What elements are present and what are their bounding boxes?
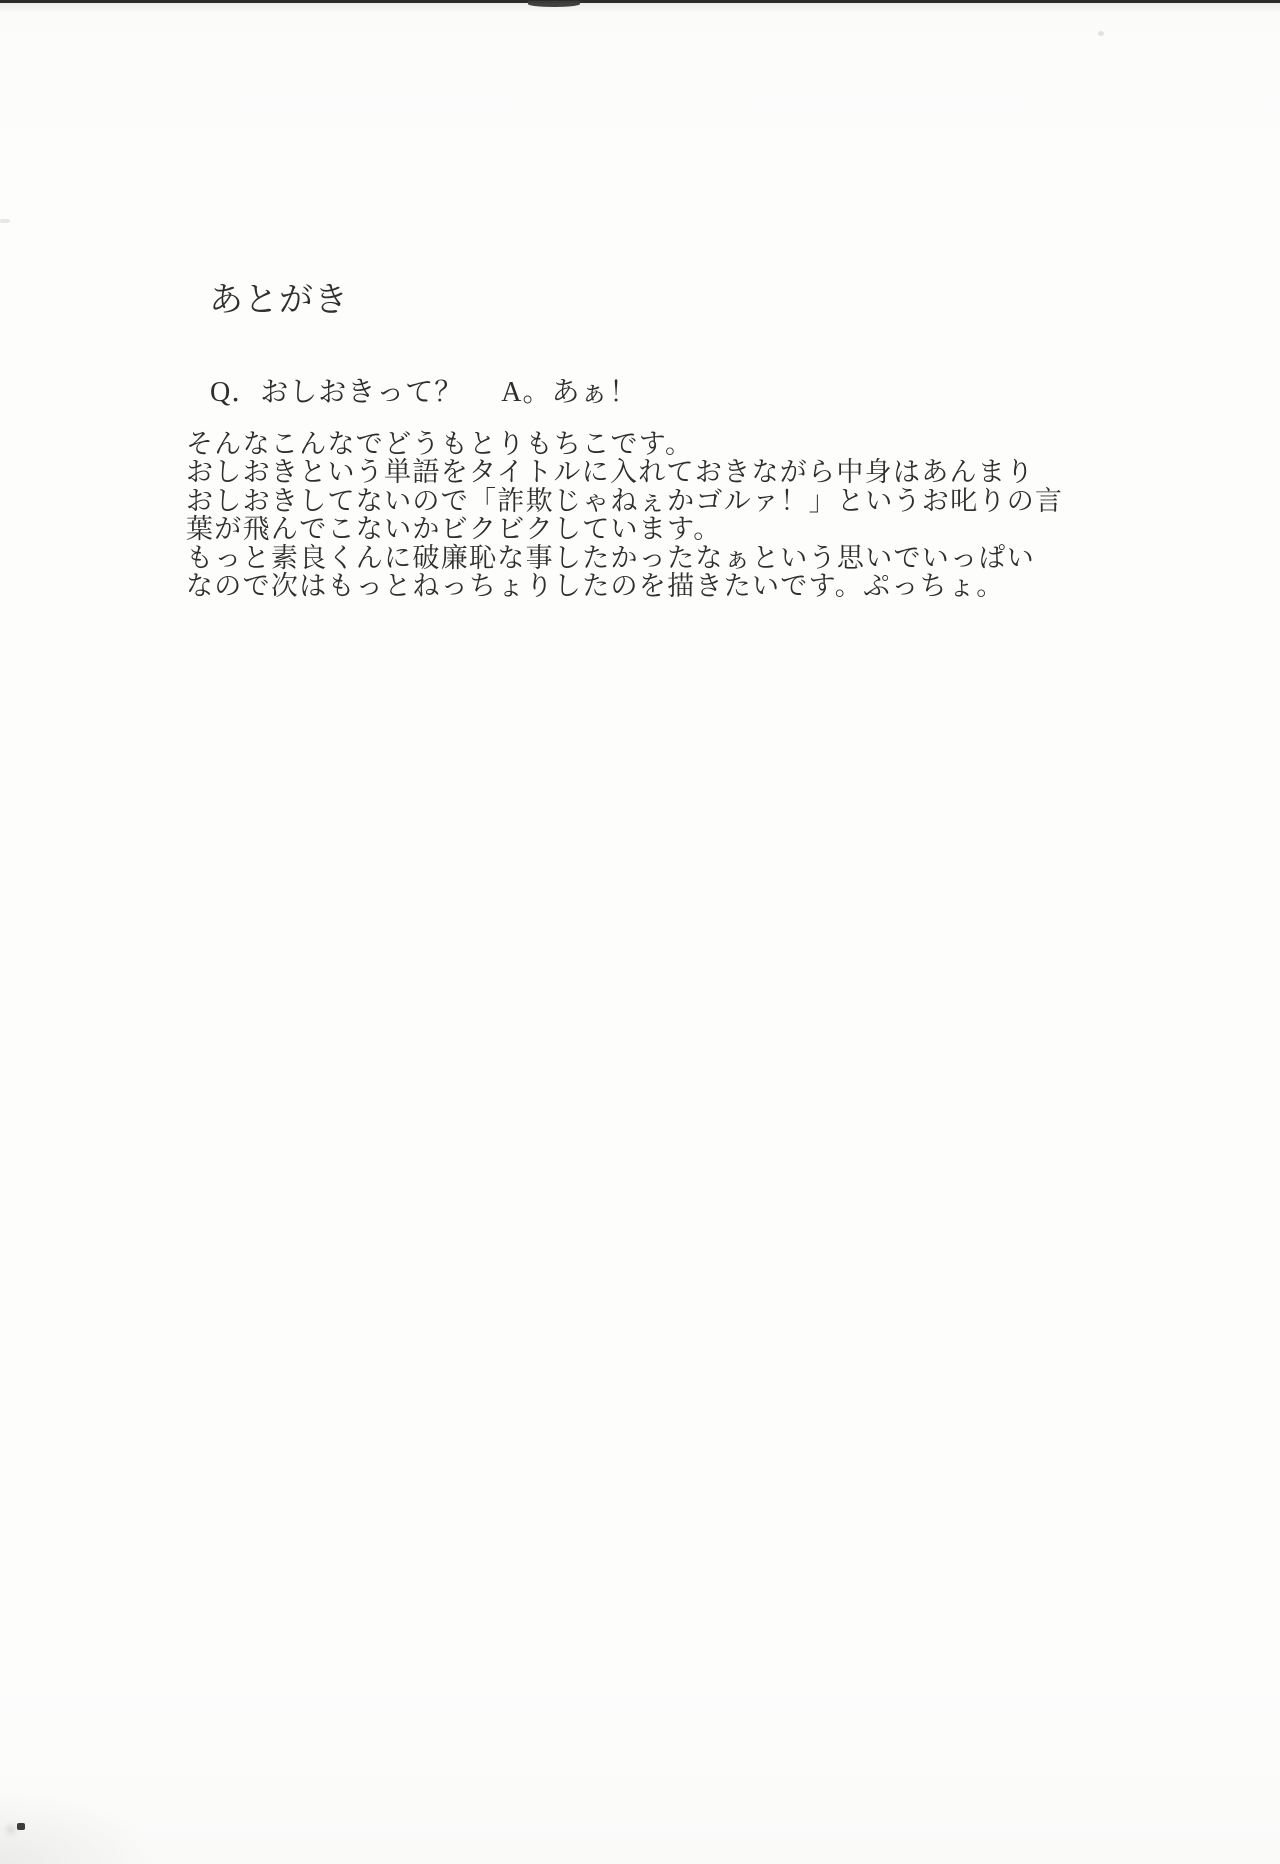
scan-speck — [1098, 31, 1104, 36]
scan-speck — [17, 1823, 25, 1830]
scan-artifact — [0, 3, 1280, 13]
paragraph-line: おしおきという単語をタイトルに入れておきながら中身はあんまり — [186, 458, 1086, 486]
paragraph-line: おしおきしてないので「詐欺じゃねぇかゴルァ！」というお叱りの言 — [186, 487, 1086, 515]
paragraph-line: なので次はもっとねっちょりしたのを描きたいです。ぷっちょ。 — [186, 572, 1086, 600]
paragraph-line: そんなこんなでどうもとりもちこです。 — [186, 430, 1086, 458]
afterword-paragraph: そんなこんなでどうもとりもちこです。 おしおきという単語をタイトルに入れておきな… — [186, 430, 1086, 600]
scanned-afterword-page: あとがき Q．おしおきって？A。あぁ！ そんなこんなでどうもとりもちこです。 お… — [0, 0, 1280, 1864]
qa-line: Q．おしおきって？A。あぁ！ — [210, 370, 638, 410]
qa-answer-text: A。あぁ！ — [501, 377, 638, 408]
paragraph-line: もっと素良くんに破廉恥な事したかったなぁという思いでいっぱい — [186, 544, 1086, 572]
afterword-title: あとがき — [209, 272, 349, 321]
qa-question-text: Q．おしおきって？ — [210, 377, 463, 408]
scan-speck — [0, 219, 10, 223]
paragraph-line: 葉が飛んでこないかビクビクしています。 — [186, 515, 1086, 543]
